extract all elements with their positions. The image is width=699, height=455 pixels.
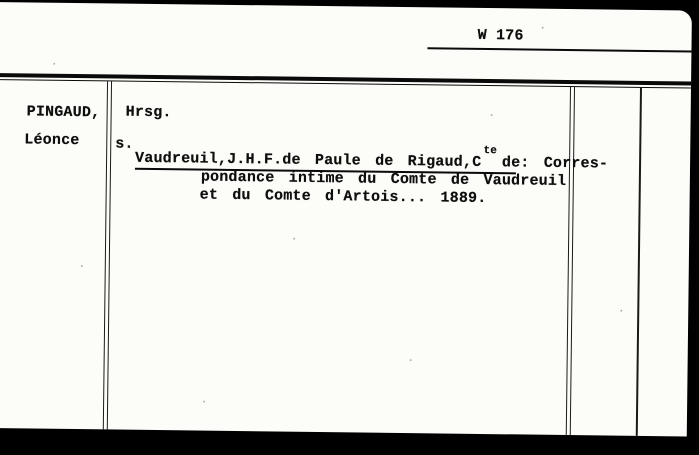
scanned-catalog-card-page: W 176 PINGAUD, Léonce Hrsg. s. Vaudreuil… — [0, 0, 699, 455]
scan-speck — [542, 27, 544, 29]
author-surname: PINGAUD, — [27, 104, 101, 121]
author-forename: Léonce — [24, 132, 79, 149]
scan-speck — [293, 238, 295, 240]
catalog-card: W 176 PINGAUD, Léonce Hrsg. s. Vaudreuil… — [0, 2, 692, 436]
column-divider-right — [636, 88, 642, 436]
scan-speck — [491, 114, 493, 116]
call-number: W 176 — [478, 28, 524, 45]
see-reference-note: s. — [115, 136, 134, 153]
scan-speck — [620, 310, 622, 312]
scan-speck — [81, 265, 83, 267]
citation-superscript: te — [483, 145, 497, 157]
call-number-rule — [427, 47, 691, 52]
editor-note: Hrsg. — [126, 105, 172, 122]
scan-speck — [203, 401, 205, 403]
citation-line-3: et du Comte d'Artois... 1889. — [200, 188, 487, 208]
scan-speck — [410, 359, 412, 361]
scan-speck — [53, 63, 55, 65]
citation-line1-rest: de: Corres- — [502, 154, 608, 172]
